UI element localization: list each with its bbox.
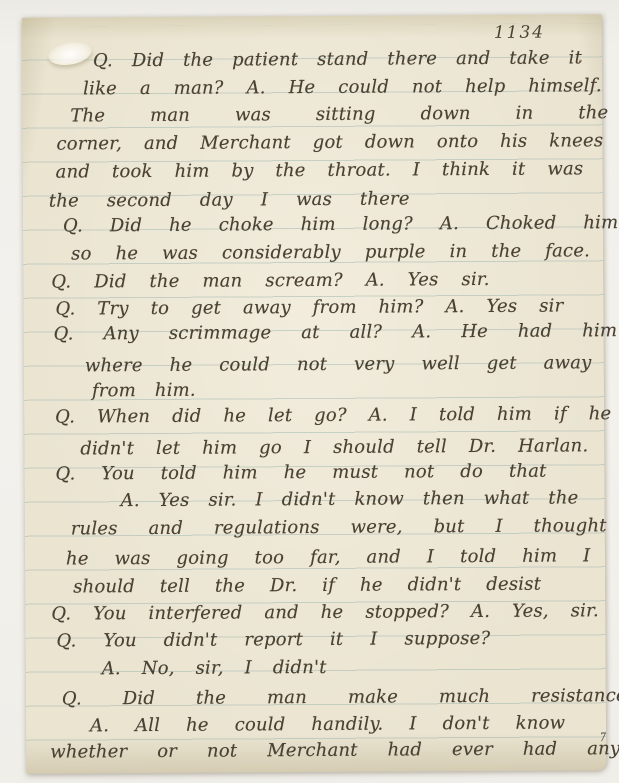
handwritten-line: rules and regulations were, but I though… [71,516,607,539]
handwritten-line: Q. When did he let go? A. I told him if … [55,404,611,427]
handwritten-line: Q. Any scrimmage at all? A. He had him [54,321,618,344]
handwritten-line: A. Yes sir. I didn't know then what the [121,488,579,511]
handwritten-line: Q. You didn't report it I suppose? [56,629,490,652]
handwritten-line: from him. [92,381,196,402]
handwritten-line: Q. Try to get away from him? A. Yes sir [55,296,563,319]
handwritten-line: and took him by the throat. I think it w… [56,159,584,182]
handwritten-line: didn't let him go I should tell Dr. Harl… [80,436,588,459]
scanner-background: 1134 Q. Did the patient stand there and … [0,0,619,783]
handwritten-line: so he was considerably purple in the fac… [71,241,590,264]
handwritten-line: whether or not Merchant had ever had any [50,739,619,762]
handwritten-line: A. All he could handily. I don't know [90,713,565,736]
handwritten-line: should tell the Dr. if he didn't desist [73,575,541,598]
handwritten-line: The man was sitting down in the [70,103,608,126]
page-number: 1134 [494,23,545,43]
stray-ink-mark: 7 [600,730,606,744]
handwritten-line: the second day I was there [49,189,410,211]
handwritten-line: Q. Did the man make much resistance [62,686,619,709]
handwritten-line: Q. Did the man scream? A. Yes sir. [51,270,489,293]
handwritten-line: corner, and Merchant got down onto his k… [56,131,603,154]
handwritten-line: Q. Did he choke him long? A. Choked him [63,213,619,236]
manuscript-page: 1134 Q. Did the patient stand there and … [22,14,607,774]
handwritten-line: where he could not very well get away [85,353,592,376]
handwritten-line: Q. Did the patient stand there and take … [93,48,582,71]
paper-tear-flaw [46,39,93,69]
handwritten-line: he was going too far, and I told him I [66,546,591,569]
handwritten-line: A. No, sir, I didn't [102,658,327,679]
handwritten-line: Q. You told him he must not do that [55,462,546,485]
handwritten-line: Q. You interfered and he stopped? A. Yes… [51,601,599,624]
handwritten-line: like a man? A. He could not help himself… [83,76,602,99]
